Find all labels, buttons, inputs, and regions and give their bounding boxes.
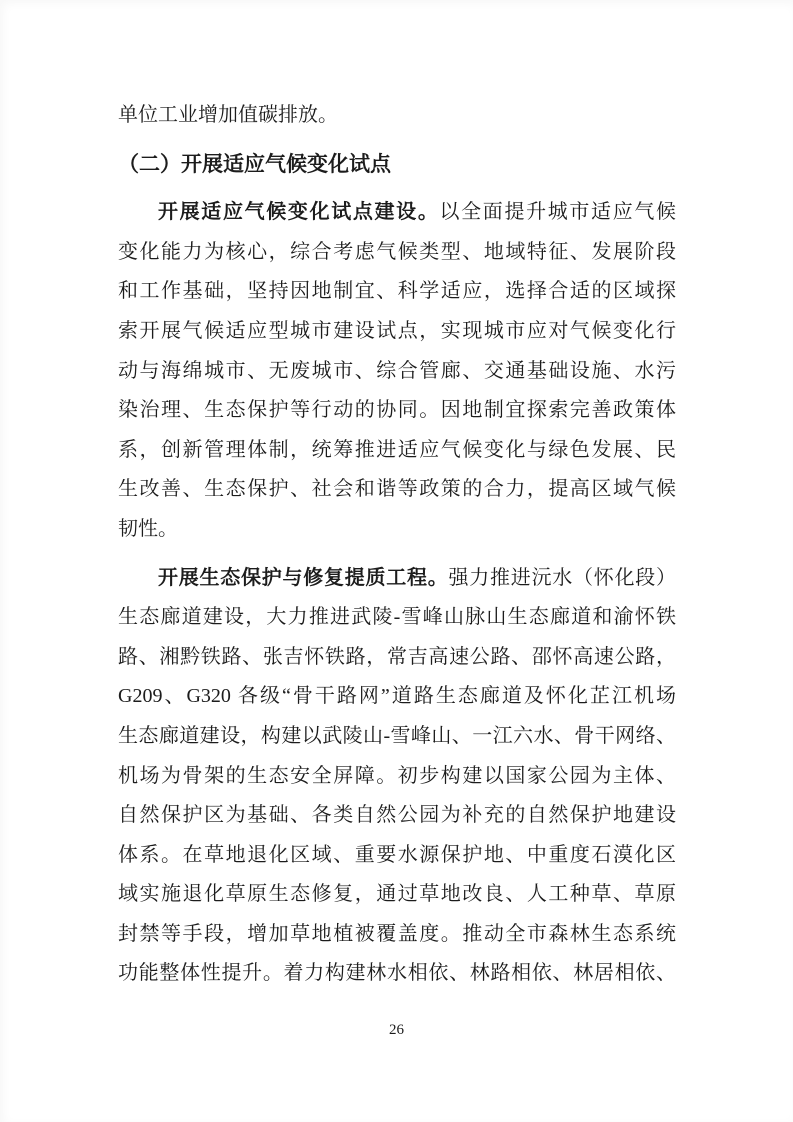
body-text-line: 域实施退化草原生态修复，通过草地改良、人工种草、草原 <box>118 875 676 915</box>
body-text-line: G209、G320 各级“骨干路网”道路生态廊道及怀化芷江机场 <box>118 677 676 717</box>
body-text-line: 自然保护区为基础、各类自然公园为补充的自然保护地建设 <box>118 796 676 836</box>
body-text-line: 生态廊道建设，构建以武陵山-雪峰山、一江六水、骨干网络、 <box>118 717 676 757</box>
paragraph-continuation-line: 单位工业增加值碳排放。 <box>118 96 676 136</box>
paragraph-lead-bold: 开展适应气候变化试点建设。 <box>158 201 439 223</box>
body-text-line: 变化能力为核心，综合考虑气候类型、地域特征、发展阶段 <box>118 233 676 273</box>
body-text-span: 强力推进沅水（怀化段） <box>449 567 677 589</box>
body-text-line: 开展生态保护与修复提质工程。强力推进沅水（怀化段） <box>118 559 676 599</box>
document-page: 单位工业增加值碳排放。 （二）开展适应气候变化试点 开展适应气候变化试点建设。以… <box>0 0 793 1122</box>
body-text-line: 和工作基础，坚持因地制宜、科学适应，选择合适的区域探 <box>118 272 676 312</box>
body-text-line: 封禁等手段，增加草地植被覆盖度。推动全市森林生态系统 <box>118 915 676 955</box>
body-text-line: 染治理、生态保护等行动的协同。因地制宜探索完善政策体 <box>118 391 676 431</box>
paragraph-lead-bold: 开展生态保护与修复提质工程。 <box>158 567 449 589</box>
body-text-line: 机场为骨架的生态安全屏障。初步构建以国家公园为主体、 <box>118 757 676 797</box>
body-text-line: 路、湘黔铁路、张吉怀铁路，常吉高速公路、邵怀高速公路， <box>118 638 676 678</box>
body-text-line: 生改善、生态保护、社会和谐等政策的合力，提高区域气候 <box>118 470 676 510</box>
body-text-line: 体系。在草地退化区域、重要水源保护地、中重度石漠化区 <box>118 836 676 876</box>
body-text-line: 动与海绵城市、无废城市、综合管廊、交通基础设施、水污 <box>118 352 676 392</box>
body-text-line: 索开展气候适应型城市建设试点，实现城市应对气候变化行 <box>118 312 676 352</box>
paragraph-ecology-restoration: 开展生态保护与修复提质工程。强力推进沅水（怀化段） 生态廊道建设，大力推进武陵-… <box>118 559 676 995</box>
body-text-line: 功能整体性提升。着力构建林水相依、林路相依、林居相依、 <box>118 954 676 994</box>
body-text-line: 系，创新管理体制，统筹推进适应气候变化与绿色发展、民 <box>118 431 676 471</box>
body-text-line: 韧性。 <box>118 510 676 550</box>
body-text-line: 生态廊道建设，大力推进武陵-雪峰山脉山生态廊道和渝怀铁 <box>118 598 676 638</box>
page-number: 26 <box>0 1019 793 1041</box>
body-text-line: 开展适应气候变化试点建设。以全面提升城市适应气候 <box>118 193 676 233</box>
body-text-span: 以全面提升城市适应气候 <box>439 201 676 223</box>
paragraph-adaptation-pilot: 开展适应气候变化试点建设。以全面提升城市适应气候 变化能力为核心，综合考虑气候类… <box>118 193 676 549</box>
text-column: 单位工业增加值碳排放。 （二）开展适应气候变化试点 开展适应气候变化试点建设。以… <box>118 96 676 994</box>
section-heading: （二）开展适应气候变化试点 <box>118 145 676 185</box>
